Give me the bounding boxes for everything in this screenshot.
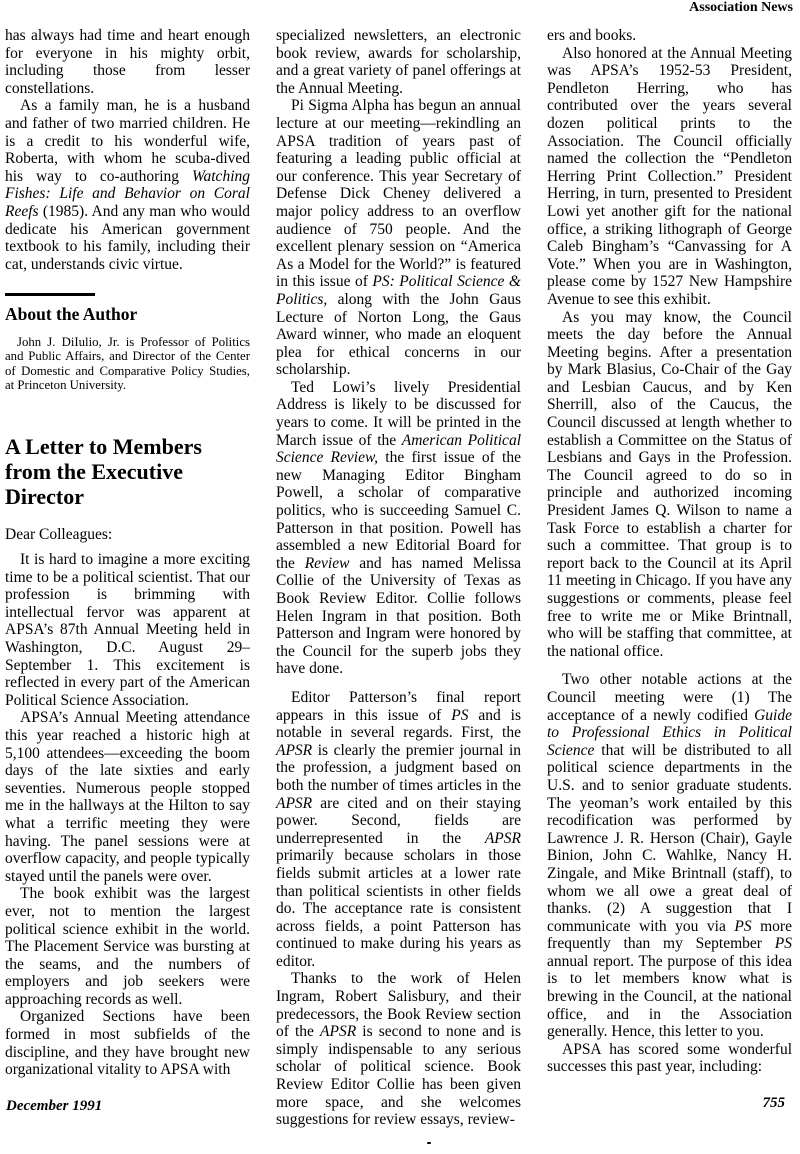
column-2: specialized newsletters, an electronic b… [276, 27, 521, 1129]
column-3: ers and books.Also honored at the Annual… [547, 27, 792, 1129]
paragraph: Two other notable actions at the Council… [547, 671, 792, 1040]
paragraph: ers and books. [547, 27, 792, 45]
footer-issue-date: December 1991 [6, 1098, 102, 1115]
paragraph: Thanks to the work of Helen Ingram, Robe… [276, 970, 521, 1128]
paragraph: specialized newsletters, an electronic b… [276, 27, 521, 97]
paragraph: has always had time and heart enough for… [5, 27, 250, 97]
paragraph: Also honored at the Annual Meeting was A… [547, 45, 792, 309]
paragraph: APSA has scored some wonderful successes… [547, 1041, 792, 1076]
section-heading: About the Author [5, 305, 250, 324]
column-1: has always had time and heart enough for… [5, 27, 250, 1129]
paragraph: Editor Patterson’s final report appears … [276, 689, 521, 971]
paragraph: Ted Lowi’s lively Presidential Address i… [276, 379, 521, 678]
paragraph: As a family man, he is a husband and fat… [5, 97, 250, 273]
paragraph: It is hard to imagine a more exciting ti… [5, 551, 250, 709]
journal-page: Association News has always had time and… [0, 0, 800, 1154]
article-body: has always had time and heart enough for… [5, 27, 792, 1129]
paragraph: Organized Sections have been formed in m… [5, 1008, 250, 1078]
paragraph: The book exhibit was the largest ever, n… [5, 885, 250, 1008]
salutation: Dear Colleagues: [5, 526, 250, 544]
paragraph: Pi Sigma Alpha has begun an annual lectu… [276, 97, 521, 379]
paragraph: As you may know, the Council meets the d… [547, 309, 792, 661]
article-title: A Letter to Members from the Executive D… [5, 434, 250, 509]
running-head: Association News [689, 0, 793, 16]
footer-page-number: 755 [763, 1095, 786, 1112]
paragraph: APSA’s Annual Meeting attendance this ye… [5, 709, 250, 885]
section-rule [5, 293, 95, 296]
author-note: John J. DiIulio, Jr. is Professor of Pol… [5, 335, 250, 393]
scan-artifact-dot [427, 1142, 431, 1144]
